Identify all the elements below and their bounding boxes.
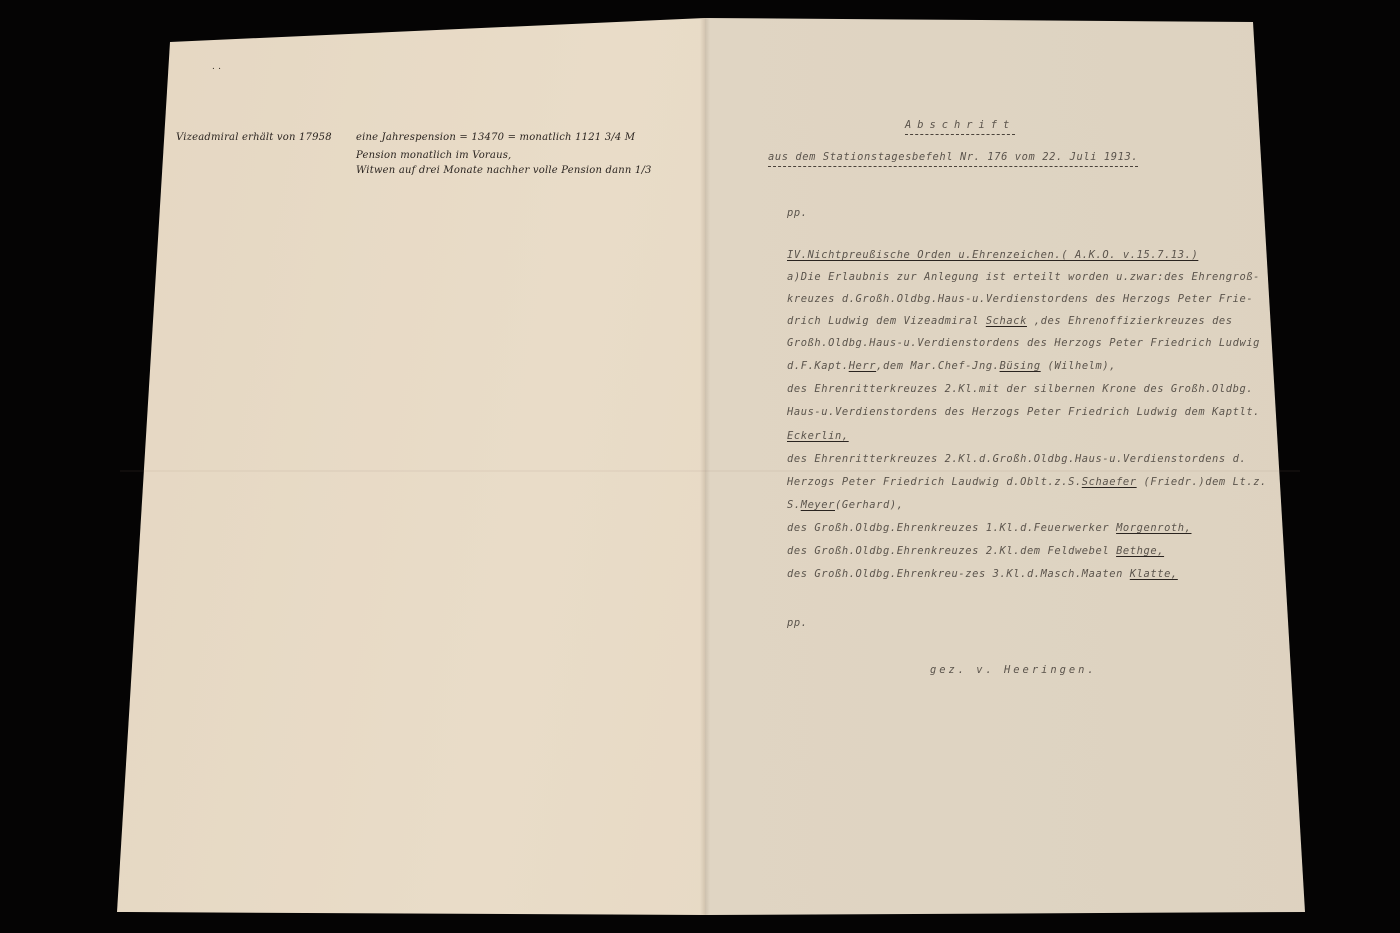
- body-line: des Großh.Oldbg.Ehrenkreu-zes 3.Kl.d.Mas…: [787, 568, 1178, 580]
- body-line: kreuzes d.Großh.Oldbg.Haus-u.Verdienstor…: [787, 293, 1253, 305]
- body-line: Haus-u.Verdienstordens des Herzogs Peter…: [787, 406, 1260, 418]
- body-line: a)Die Erlaubnis zur Anlegung ist erteilt…: [787, 271, 1260, 283]
- body-line: des Ehrenritterkreuzes 2.Kl.d.Großh.Oldb…: [787, 453, 1246, 465]
- recipient-name: Meyer: [801, 499, 835, 511]
- section-heading: IV.Nichtpreußische Orden u.Ehrenzeichen.…: [787, 249, 1198, 261]
- pencil-marks: . .: [212, 62, 221, 72]
- document-subtitle: aus dem Stationstagesbefehl Nr. 176 vom …: [768, 151, 1138, 167]
- recipient-name: Herr: [849, 360, 876, 372]
- recipient-name: Klatte,: [1130, 568, 1178, 580]
- body-line: drich Ludwig dem Vizeadmiral Schack ,des…: [787, 315, 1233, 327]
- body-line: Eckerlin,: [787, 430, 849, 442]
- recipient-name: Büsing: [1000, 360, 1041, 372]
- section-heading-text: IV.Nichtpreußische Orden u.Ehrenzeichen.…: [787, 249, 1198, 261]
- signature: gez. v. Heeringen.: [930, 664, 1097, 676]
- document-title: Abschrift: [905, 119, 1015, 135]
- note-line3: Witwen auf drei Monate nachher volle Pen…: [356, 165, 652, 176]
- body-line: Großh.Oldbg.Haus-u.Verdienstordens des H…: [787, 337, 1260, 349]
- body-line: des Großh.Oldbg.Ehrenkreuzes 2.Kl.dem Fe…: [787, 545, 1164, 557]
- horizontal-crease: [120, 470, 1300, 472]
- pp-close: pp.: [787, 617, 808, 629]
- note-line1-label: Vizeadmiral erhält von 17958: [176, 132, 332, 143]
- center-fold: [700, 18, 710, 915]
- recipient-name: Schack: [986, 315, 1027, 327]
- body-line: des Großh.Oldbg.Ehrenkreuzes 1.Kl.d.Feue…: [787, 522, 1192, 534]
- recipient-name: Bethge,: [1116, 545, 1164, 557]
- recipient-name: Schaefer: [1082, 476, 1137, 488]
- body-line: des Ehrenritterkreuzes 2.Kl.mit der silb…: [787, 383, 1253, 395]
- body-line: Herzogs Peter Friedrich Laudwig d.Oblt.z…: [787, 476, 1267, 488]
- body-line: S.Meyer(Gerhard),: [787, 499, 904, 511]
- note-line1-calc: eine Jahrespension = 13470 = monatlich 1…: [356, 132, 635, 143]
- pp-open: pp.: [787, 207, 808, 219]
- note-line2: Pension monatlich im Voraus,: [356, 150, 511, 161]
- recipient-name: Eckerlin,: [787, 430, 849, 442]
- body-line: d.F.Kapt.Herr,dem Mar.Chef-Jng.Büsing (W…: [787, 360, 1116, 372]
- recipient-name: Morgenroth,: [1116, 522, 1191, 534]
- document-spread: . . Vizeadmiral erhält von 17958 eine Ja…: [0, 0, 1400, 933]
